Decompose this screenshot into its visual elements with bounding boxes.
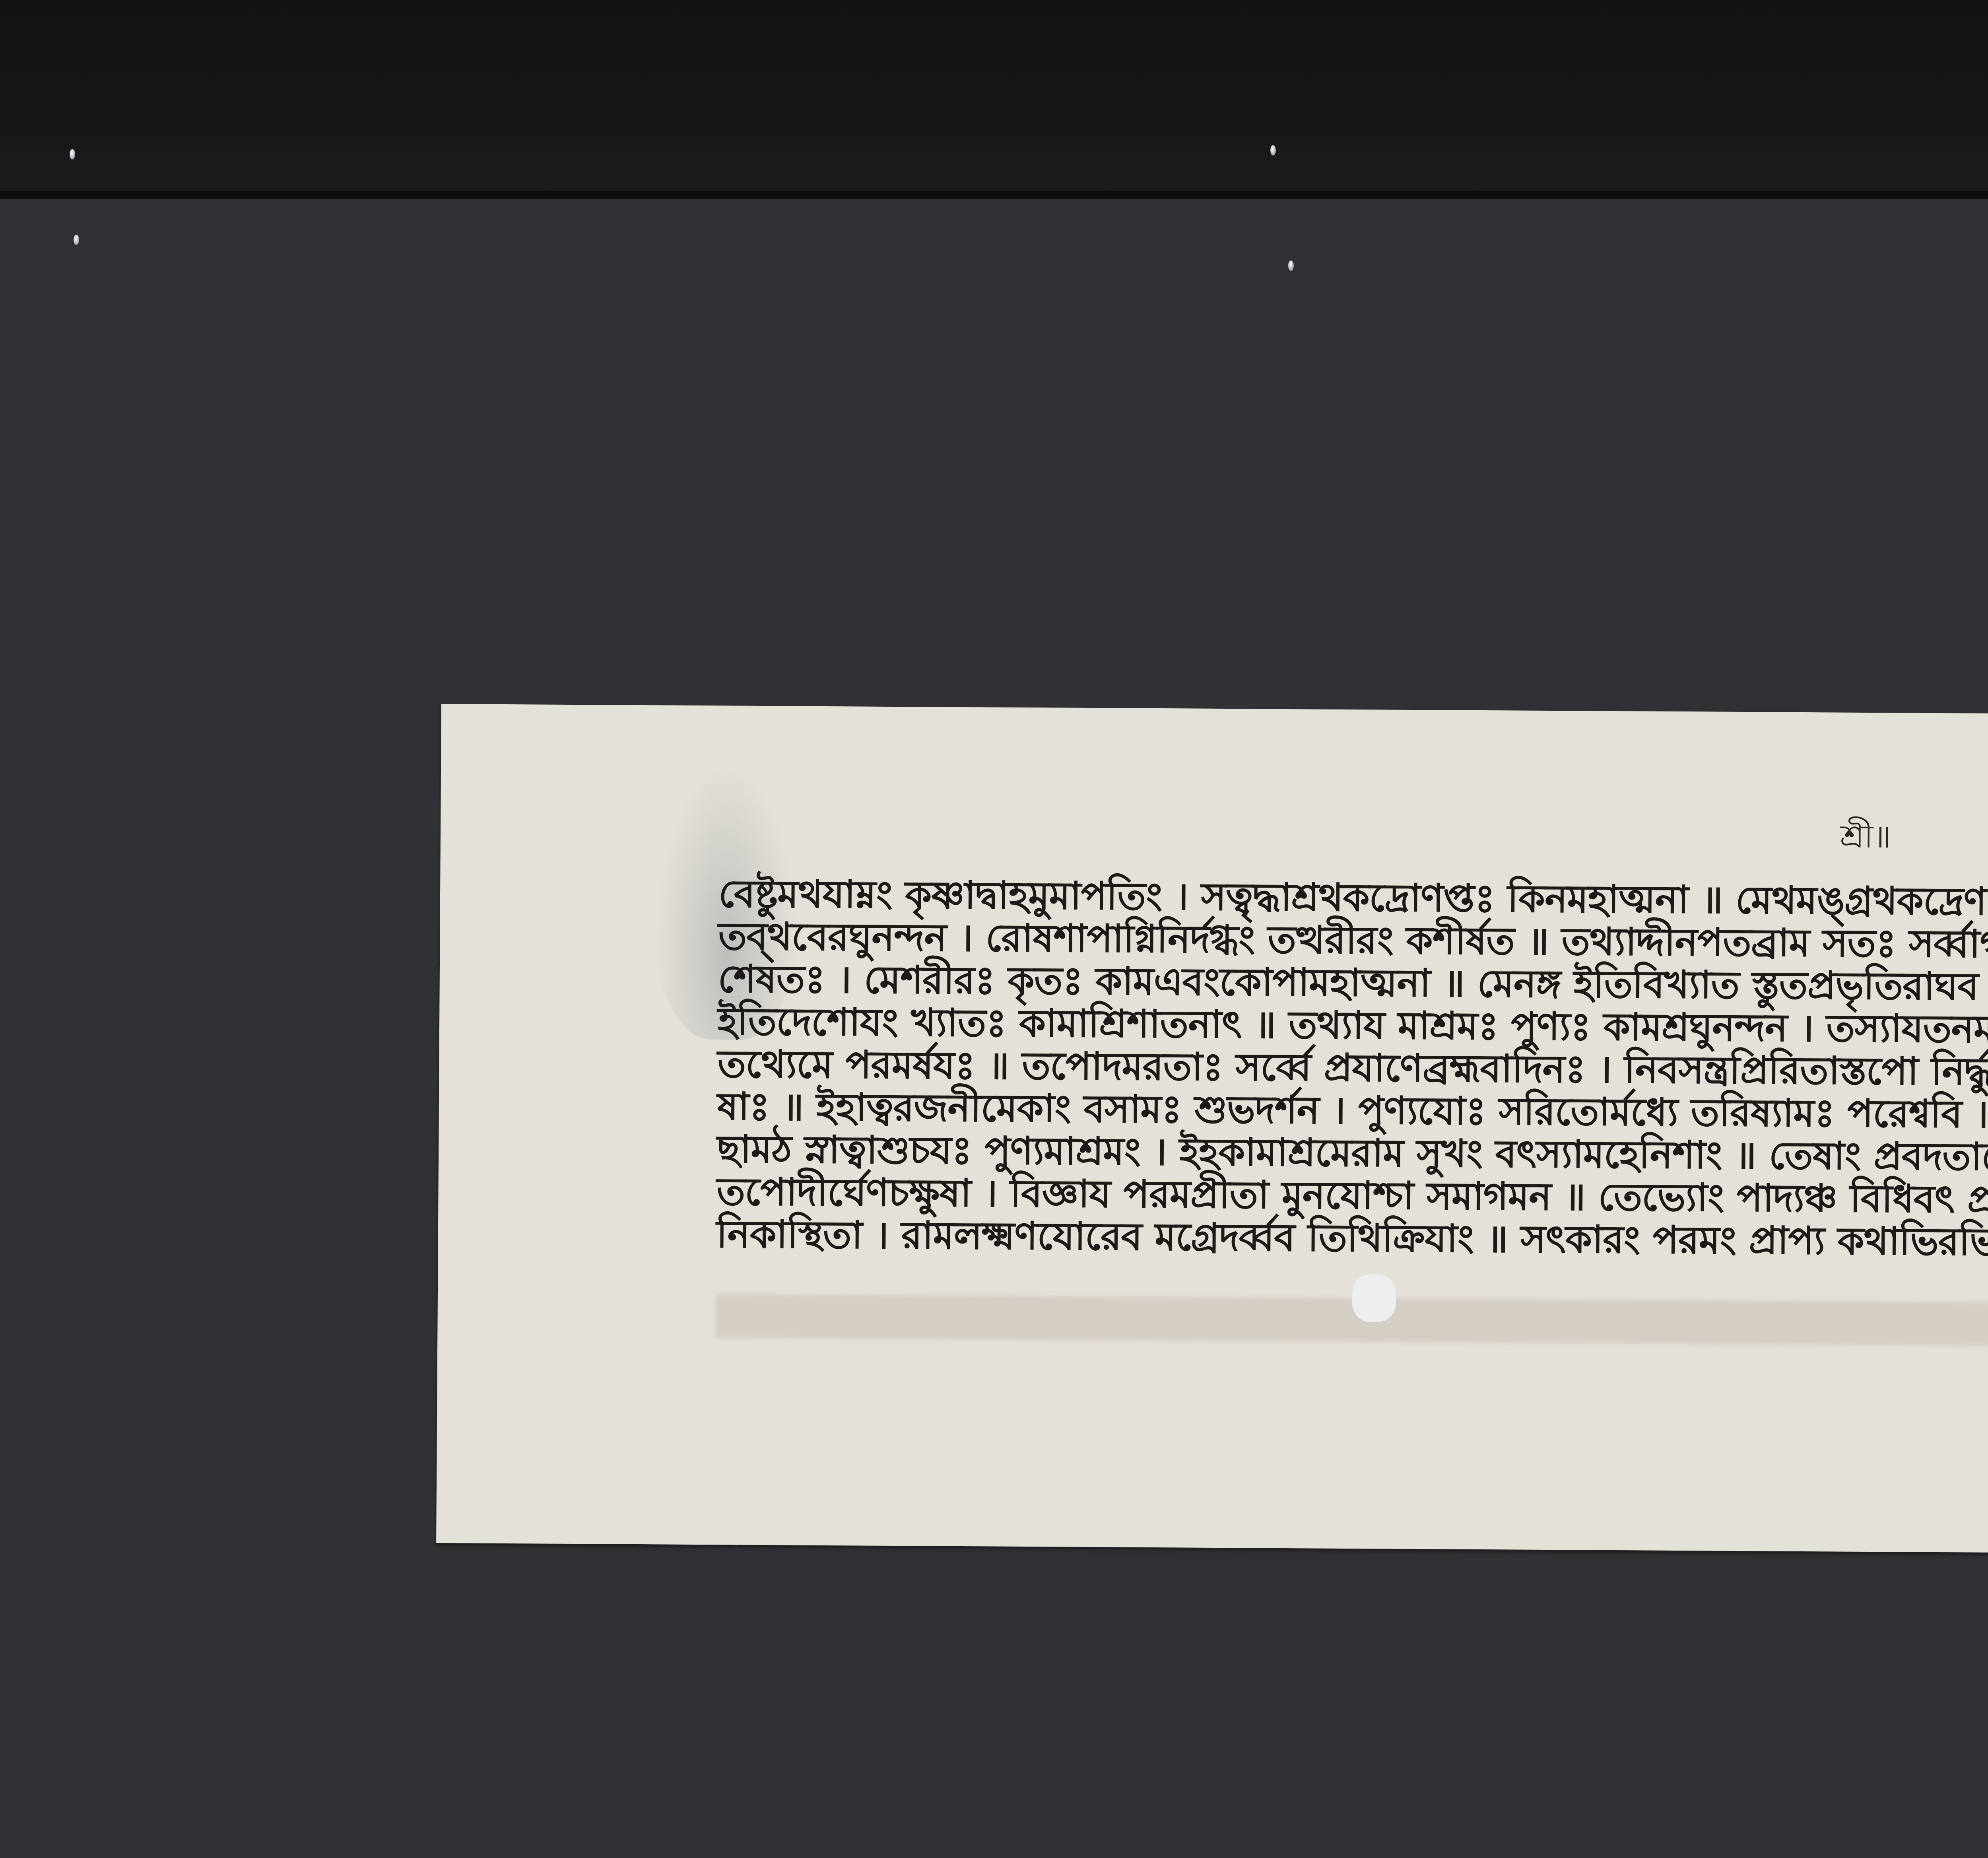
background-top-band bbox=[0, 0, 1988, 199]
pin bbox=[74, 235, 79, 245]
text-line: নিকাস্থিতা । রামলক্ষ্মণযোরেব মগ্রেদর্ব্ব… bbox=[716, 1213, 1988, 1265]
manuscript-folio: শ্রী॥ বেষ্টুমথযাম্নং কৃষ্ণাদ্বাহমুমাপতিং… bbox=[436, 704, 1988, 1556]
pin bbox=[1270, 145, 1276, 155]
pin bbox=[1288, 260, 1294, 271]
pin bbox=[70, 149, 75, 159]
paper-repair-patch bbox=[1352, 1274, 1396, 1322]
header-invocation-mark: শ্রী॥ bbox=[1840, 812, 1891, 865]
manuscript-text-block: বেষ্টুমথযাম্নং কৃষ্ণাদ্বাহমুমাপতিং । সত্… bbox=[716, 873, 1988, 1265]
